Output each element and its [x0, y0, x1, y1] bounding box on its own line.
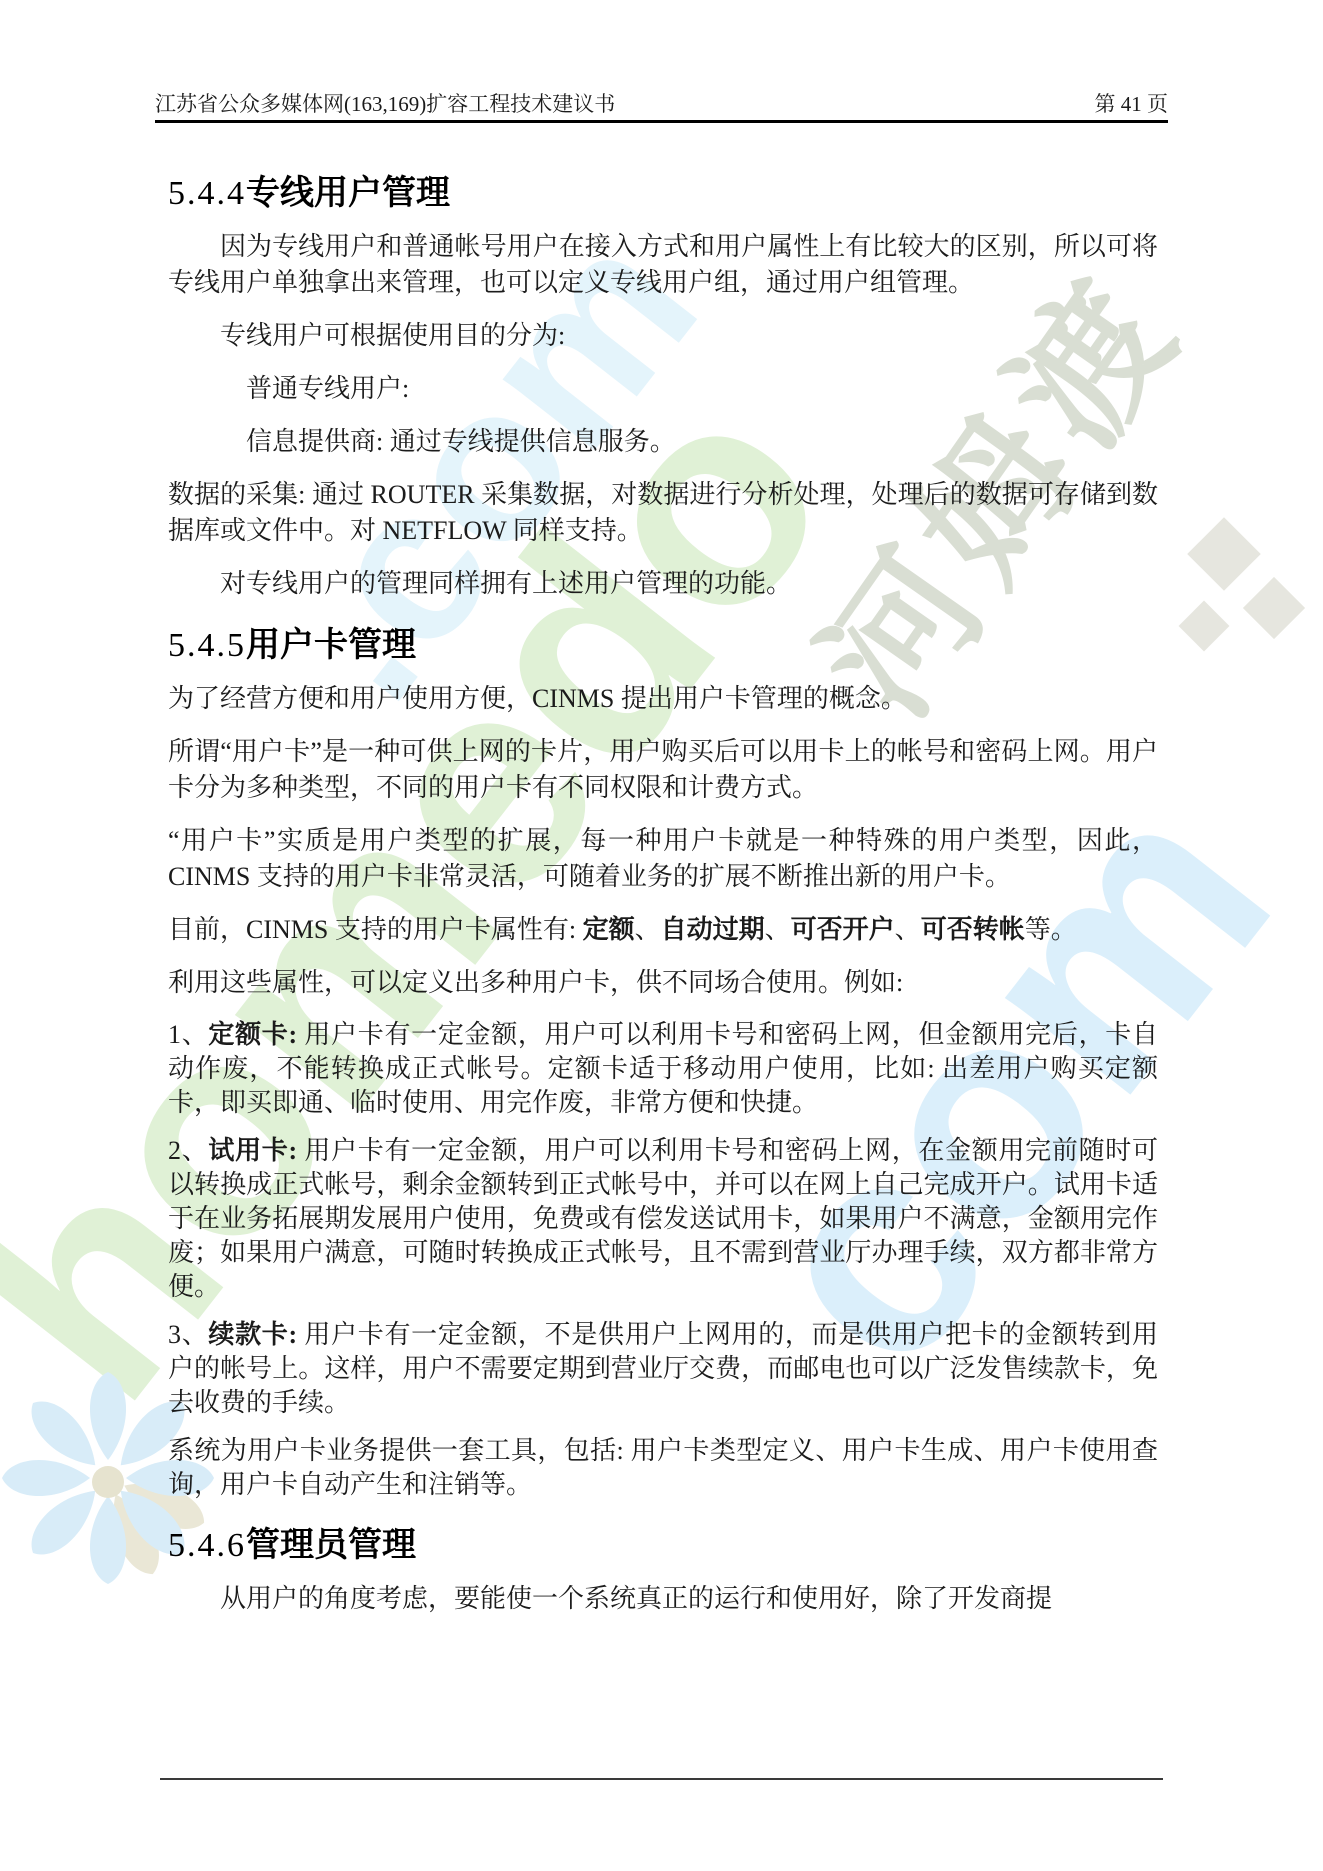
card-attribute: 可否开户 [791, 915, 895, 944]
list-item-card-1: 1、定额卡: 用户卡有一定金额，用户可以利用卡号和密码上网，但金额用完后，卡自动… [168, 1018, 1158, 1120]
watermark-diamond-icon [1179, 601, 1230, 652]
text-segment: 、 [895, 915, 921, 944]
paragraph: 因为专线用户和普通帐号用户在接入方式和用户属性上有比较大的区别，所以可将专线用户… [168, 229, 1158, 301]
paragraph: 从用户的角度考虑，要能使一个系统真正的运行和使用好，除了开发商提 [168, 1581, 1158, 1617]
paragraph: 所谓“用户卡”是一种可供上网的卡片，用户购买后可以用卡上的帐号和密码上网。用户卡… [168, 734, 1158, 806]
paragraph: 利用这些属性，可以定义出多种用户卡，供不同场合使用。例如: [168, 965, 1158, 1001]
card-attribute: 定额 [583, 915, 635, 944]
card-attribute: 自动过期 [661, 915, 765, 944]
paragraph: 系统为用户卡业务提供一套工具，包括: 用户卡类型定义、用户卡生成、用户卡使用查询… [168, 1434, 1158, 1502]
paragraph: 数据的采集: 通过 ROUTER 采集数据，对数据进行分析处理，处理后的数据可存… [168, 477, 1158, 549]
paragraph: 专线用户可根据使用目的分为: [168, 318, 1158, 354]
document-title: 江苏省公众多媒体网(163,169)扩容工程技术建议书 [155, 88, 615, 118]
paragraph: 普通专线用户: [168, 371, 1158, 407]
section-title: 专线用户管理 [246, 174, 450, 212]
page-number: 第 41 页 [1095, 88, 1169, 118]
text-segment: 、 [765, 915, 791, 944]
section-title: 管理员管理 [246, 1526, 416, 1564]
list-item-card-3: 3、续款卡: 用户卡有一定金额，不是供用户上网用的，而是供用户把卡的金额转到用户… [168, 1318, 1158, 1420]
text-segment: 用户卡有一定金额，用户可以利用卡号和密码上网，在金额用完前随时可以转换成正式帐号… [168, 1136, 1158, 1301]
document-page: homedo com .com 河姆渡 江苏省公众多媒体网(16 [0, 0, 1323, 1871]
section-number: 5.4.4 [168, 175, 246, 212]
text-segment: 、 [635, 915, 661, 944]
section-number: 5.4.6 [168, 1527, 246, 1564]
list-number: 2、 [168, 1136, 208, 1165]
section-heading-544: 5.4.4专线用户管理 [168, 170, 1158, 217]
paragraph: “用户卡”实质是用户类型的扩展，每一种用户卡就是一种特殊的用户类型，因此，CIN… [168, 823, 1158, 895]
page-header: 江苏省公众多媒体网(163,169)扩容工程技术建议书 第 41 页 [155, 88, 1168, 118]
paragraph: 信息提供商: 通过专线提供信息服务。 [168, 424, 1158, 460]
section-heading-545: 5.4.5用户卡管理 [168, 622, 1158, 669]
paragraph: 对专线用户的管理同样拥有上述用户管理的功能。 [168, 566, 1158, 602]
card-name-label: 试用卡: [208, 1136, 304, 1165]
list-number: 1、 [168, 1020, 208, 1049]
header-rule [155, 120, 1168, 123]
card-attribute: 可否转帐 [921, 915, 1025, 944]
text-segment: 等。 [1025, 915, 1077, 944]
list-item-card-2: 2、试用卡: 用户卡有一定金额，用户可以利用卡号和密码上网，在金额用完前随时可以… [168, 1134, 1158, 1304]
section-heading-546: 5.4.6管理员管理 [168, 1522, 1158, 1569]
card-name-label: 续款卡: [208, 1320, 304, 1349]
watermark-diamond-icon [1243, 577, 1305, 639]
text-segment: 目前，CINMS 支持的用户卡属性有: [168, 915, 583, 944]
paragraph: 为了经营方便和用户使用方便，CINMS 提出用户卡管理的概念。 [168, 681, 1158, 717]
section-title: 用户卡管理 [246, 626, 416, 664]
paragraph: 目前，CINMS 支持的用户卡属性有: 定额、自动过期、可否开户、可否转帐等。 [168, 912, 1158, 948]
list-number: 3、 [168, 1320, 208, 1349]
section-number: 5.4.5 [168, 627, 246, 664]
text-segment: 用户卡有一定金额，用户可以利用卡号和密码上网，但金额用完后，卡自动作废，不能转换… [168, 1020, 1158, 1117]
footer-rule [160, 1778, 1163, 1780]
document-body: 5.4.4专线用户管理 因为专线用户和普通帐号用户在接入方式和用户属性上有比较大… [168, 170, 1158, 1634]
watermark-diamond-icon [1187, 517, 1261, 591]
text-segment: 用户卡有一定金额，不是供用户上网用的，而是供用户把卡的金额转到用户的帐号上。这样… [168, 1320, 1158, 1417]
card-name-label: 定额卡: [208, 1020, 304, 1049]
